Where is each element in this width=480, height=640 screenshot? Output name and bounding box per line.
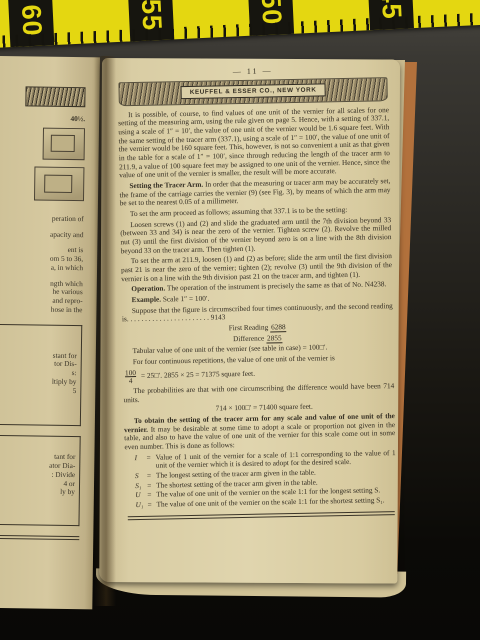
equals-sign: = — [147, 481, 156, 490]
equals-sign: = — [147, 501, 156, 510]
fraction: 100 4 — [125, 369, 136, 386]
section-obtain-setting: To obtain the setting of the tracer arm … — [124, 412, 396, 452]
tape-number: 55 — [135, 0, 167, 31]
definition-term: U — [135, 491, 147, 500]
model-number: 40½. — [3, 114, 85, 124]
publisher-name: KEUFFEL & ESSER CO., NEW YORK — [181, 84, 326, 99]
equals-sign: = — [147, 453, 156, 471]
definition-text: The value of one unit of the vernier on … — [156, 496, 396, 509]
book-gutter-shadow — [94, 56, 116, 606]
equals-sign: = — [147, 491, 156, 500]
instrument-illustration — [34, 166, 84, 201]
definition-list: I = Value of 1 unit of the vernier for a… — [135, 449, 397, 510]
left-fragment-line: 5 — [0, 385, 76, 395]
measuring-tape: 60 55 50 45 — [0, 0, 480, 48]
bottom-double-rule — [128, 511, 395, 521]
definition-term: S — [135, 472, 147, 481]
header-ribbon: KEUFFEL & ESSER CO., NEW YORK — [118, 77, 387, 106]
left-fragment-line: hose in the — [0, 305, 82, 315]
left-table-fragment: tant for ator Dia- : Divide 4 or ly by — [0, 435, 81, 526]
equals-sign: = — [147, 472, 156, 481]
paragraph-set-211: To set the arm at 211.9, loosen (1) and … — [121, 252, 392, 283]
reading-label: Difference — [233, 333, 264, 343]
section-heading: Operation. — [131, 284, 165, 294]
definition-term: S₁ — [135, 482, 147, 491]
header-ribbon-fragment — [25, 86, 85, 107]
section-heading: Example. — [132, 295, 162, 305]
section-text: Scale 1″ = 100′. — [161, 294, 209, 304]
left-double-rule — [0, 535, 79, 540]
left-table-fragment: stant for tor Dis- s: ltiply by 5 — [0, 323, 82, 426]
paragraph-intro: It is possible, of course, to find value… — [118, 106, 390, 181]
definition-term: U₁ — [135, 501, 147, 510]
tape-number: 60 — [15, 3, 47, 36]
instrument-illustration — [43, 127, 85, 160]
reading-value: 6288 — [270, 322, 287, 332]
right-page: — 11 — KEUFFEL & ESSER CO., NEW YORK It … — [99, 58, 400, 584]
reading-value: 2855 — [266, 333, 283, 343]
section-text: It may be desirable at some time to adop… — [124, 420, 395, 452]
formula-result: = 25□′. 2855 × 25 = 71375 square feet. — [141, 370, 255, 381]
fraction-denominator: 4 — [129, 377, 133, 385]
reading-label: First Reading — [229, 322, 269, 332]
section-setting-tracer-arm: Setting the Tracer Arm. In order that th… — [119, 177, 390, 208]
definition-term: I — [135, 454, 147, 472]
paragraph-loosen-screws: Loosen screws (1) and (2) and slide the … — [120, 216, 392, 256]
photo-scene: 60 55 50 45 40½. peration of apacity and… — [0, 0, 480, 640]
left-fragment-line: ly by — [0, 487, 75, 497]
left-page: 40½. peration of apacity and ent is om 5… — [0, 56, 100, 609]
tape-tick-marks — [0, 12, 480, 48]
page-number: — 11 — — [117, 64, 388, 79]
